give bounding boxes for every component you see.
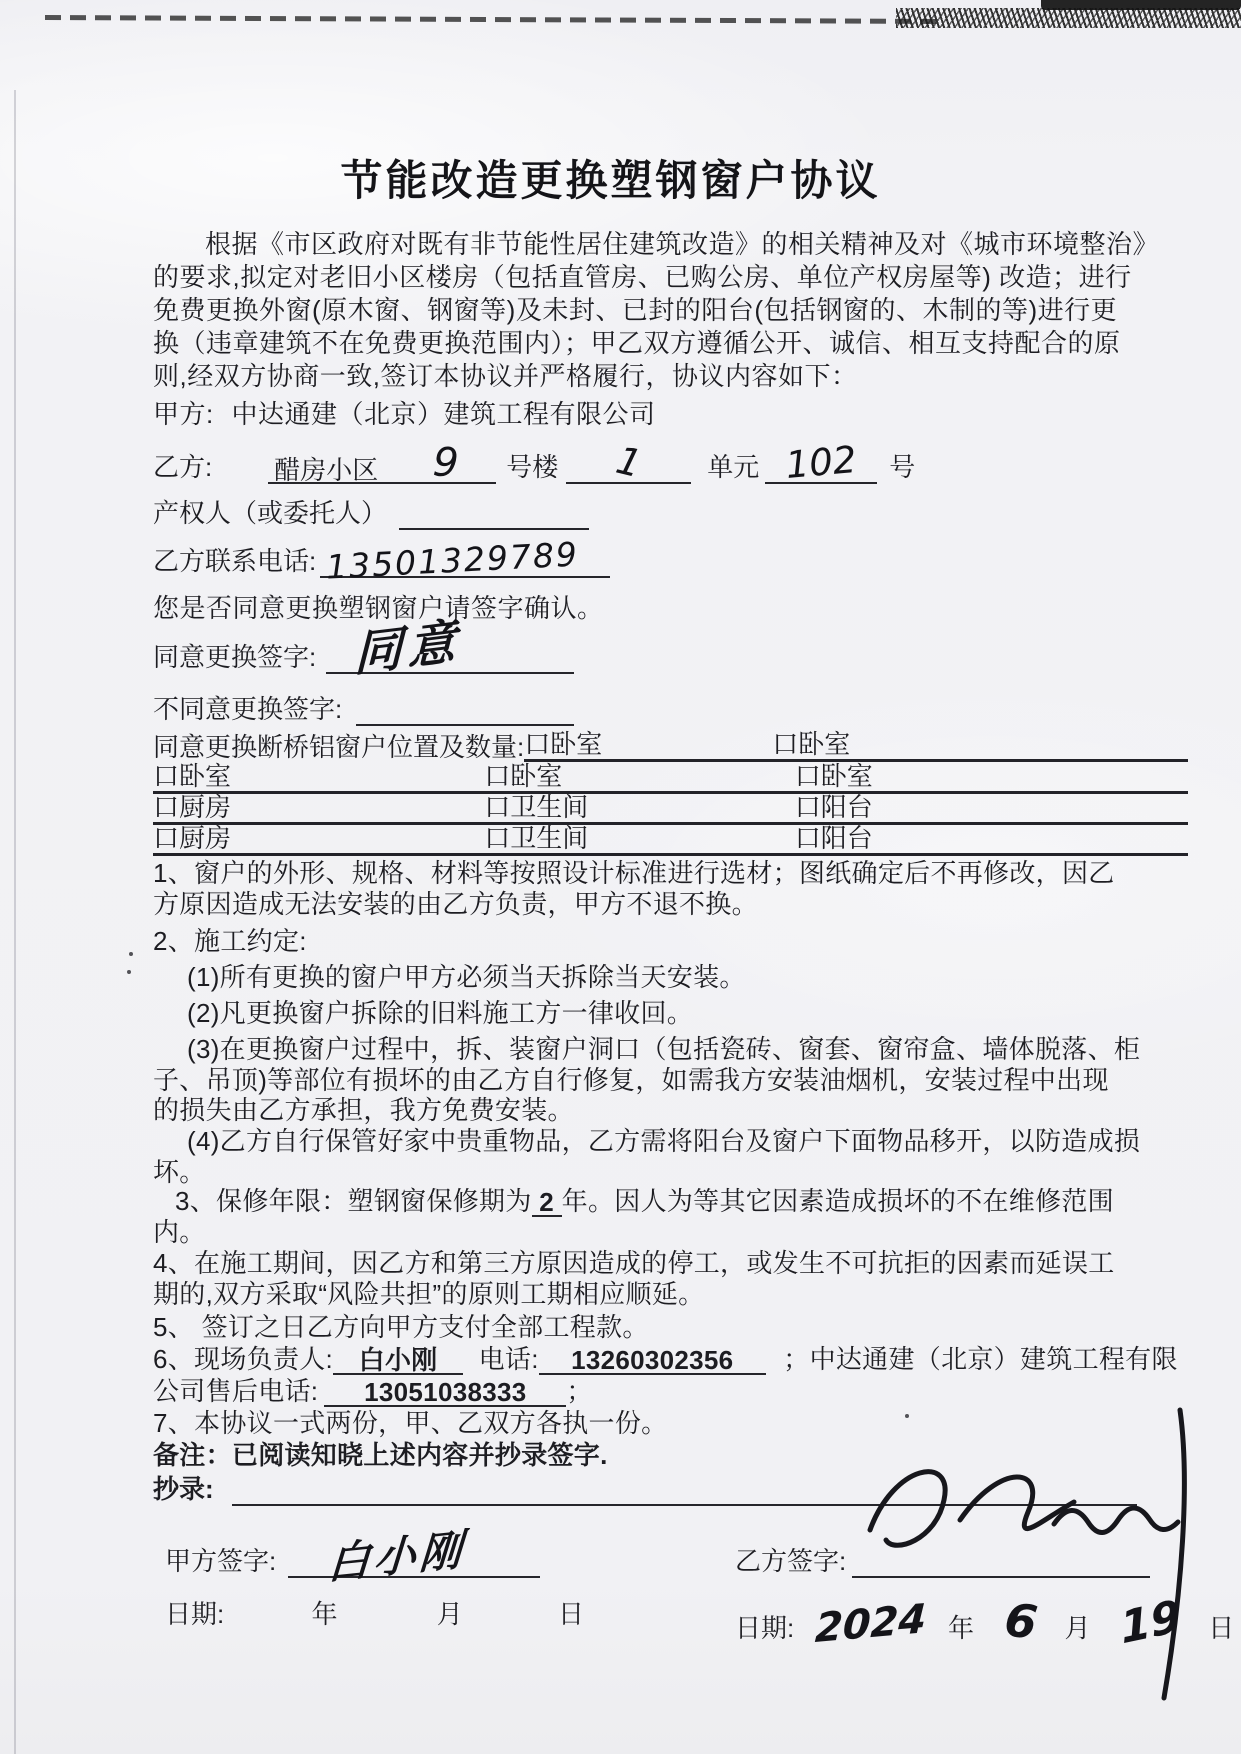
party-b-community-field: 醋房小区 9 [268,450,496,484]
site-manager-name-field: 白小刚 [333,1345,463,1375]
clause-1: 1、窗户的外形、规格、材料等按照设计标准进行选材；图纸确定后不再修改，因乙 方原… [153,858,1188,919]
checkbox-bedroom: 口卧室 [772,730,850,759]
agree-sign-field: 同意 [326,640,574,674]
party-b-sign-label: 乙方签字: [735,1541,846,1578]
warranty-years-field: 2 [532,1187,562,1217]
clause-2-sub-4: (4)乙方自行保管好家中贵重物品，乙方需将阳台及窗户下面物品移开，以防造成损 坏… [153,1126,1188,1187]
intro-line: 根据《市区政府对既有非节能性居住建筑改造》的相关精神及对《城市环境整治》 [153,228,1188,261]
rooms-row-4: 口厨房 口卫生间 口阳台 [153,823,1188,856]
rooms-row-3: 口厨房 口卫生间 口阳台 [153,792,1188,825]
checkbox-bedroom: 口卧室 [484,762,795,791]
party-a-signature-handwriting: 白小刚 [326,1516,468,1591]
party-b-community: 醋房小区 [268,455,378,485]
clause-6-line-1: 6、现场负责人:白小刚 电话:13260302356 ；中达通建（北京）建筑工程… [153,1344,1188,1375]
checkbox-balcony: 口阳台 [795,824,1188,853]
rooms-row-1: 同意更换断桥铝窗户位置及数量: 口卧室 口卧室 [153,729,1188,762]
clause-1-line: 方原因造成无法安装的由乙方负责，甲方不退不换。 [153,889,1188,920]
clause-2-sub-4-line: (4)乙方自行保管好家中贵重物品，乙方需将阳台及窗户下面物品移开，以防造成损 [153,1126,1188,1157]
year-suffix: 年 [311,1594,337,1631]
scan-artifact-corner-blotch [1041,0,1241,10]
party-a-signature-field: 白小刚 [288,1544,540,1578]
disagree-sign-line: 不同意更换签字: [153,688,1188,726]
party-a-value: 中达通建（北京）建筑工程有限公司 [231,399,655,429]
intro-line: 免费更换外窗(原木窗、钢窗等)及未封、已封的阳台(包括钢窗的、木制的等)进行更 [153,294,1188,327]
rooms-row-1-fields: 口卧室 口卧室 [524,729,1188,762]
party-a-label: 甲方: [153,399,214,429]
month-suffix: 月 [437,1594,463,1631]
clause-6-tel-label: 电话: [479,1344,539,1374]
clause-3-suffix: 年。因人为等其它因素造成损坏的不在维修范围 [562,1186,1114,1216]
intro-line: 换（违章建筑不在免费更换范围内）；甲乙双方遵循公开、诚信、相互支持配合的原 [153,327,1188,360]
owner-label: 产权人（或委托人） [153,493,387,530]
clause-2-sub-2: (2)凡更换窗户拆除的旧料施工方一律收回。 [153,998,1222,1029]
day-suffix: 日 [1208,1608,1234,1645]
phone-handwriting: 13501329789 [325,534,580,586]
party-b-date-month-handwriting: 6 [1002,1592,1041,1650]
scan-artifact-top-right-noise [896,8,1241,28]
checkbox-kitchen: 口厨房 [153,793,484,822]
site-manager-phone-field: 13260302356 [539,1345,766,1375]
clause-4-line: 4、在施工期间，因乙方和第三方原因造成的停工，或发生不可抗拒的因素而延误工 [153,1248,1188,1279]
year-suffix: 年 [948,1608,974,1645]
scan-artifact-paper-edge [14,90,16,1754]
party-b-building-no-handwriting: 9 [431,439,460,487]
checkbox-bathroom: 口卫生间 [484,793,795,822]
intro-line: 的要求,拟定对老旧小区楼房（包括直管房、已购公房、单位产权房屋等) 改造；进行 [153,261,1188,294]
clause-6-line-2-suffix: ； [566,1376,592,1406]
party-a-sign-label: 甲方签字: [165,1541,276,1578]
clause-2-heading: 2、施工约定: [153,926,1188,957]
document-title: 节能改造更换塑钢窗户协议 [93,148,1128,208]
rooms-row-label: 同意更换断桥铝窗户位置及数量: [153,733,524,762]
clause-2-sub-3: (3)在更换窗户过程中，拆、装窗户洞口（包括瓷砖、窗套、窗帘盒、墙体脱落、柜 子… [153,1034,1188,1126]
party-b-date-day-handwriting: 19 [1118,1591,1183,1655]
aftersales-label: 公司售后电话: [153,1376,318,1406]
party-b-unit-suffix: 单元 [707,447,759,484]
checkbox-bedroom: 口卧室 [153,762,484,791]
party-a-signature-line: 甲方签字: 白小刚 [165,1534,540,1578]
party-b-room-field: 102 [765,450,877,484]
scan-artifact-top-dashed-line [45,15,941,24]
month-suffix: 月 [1065,1608,1091,1645]
phone-line: 乙方联系电话: 13501329789 [153,538,1188,578]
checkbox-bedroom: 口卧室 [524,730,602,759]
copy-label: 抄录: [153,1469,214,1506]
rooms-row-2: 口卧室 口卧室 口卧室 [153,761,1188,794]
clause-2-sub-3-line: 子、吊顶)等部位有损坏的由乙方自行修复，如需我方安装油烟机，安装过程中出现 [153,1065,1188,1096]
disagree-sign-label: 不同意更换签字: [153,689,342,726]
agree-signature-handwriting: 同意 [354,602,462,685]
scanned-agreement-document: 节能改造更换塑钢窗户协议 根据《市区政府对既有非节能性居住建筑改造》的相关精神及… [0,0,1241,1754]
party-a-line: 甲方: 中达通建（北京）建筑工程有限公司 [153,398,1188,431]
phone-label: 乙方联系电话: [153,541,316,578]
scan-speck [127,970,131,974]
clause-6-suffix: ；中达通建（北京）建筑工程有限 [783,1344,1178,1374]
party-b-date-year-handwriting: 2024 [814,1596,927,1652]
phone-field: 13501329789 [320,544,610,578]
party-b-line: 乙方: 醋房小区 9 号楼 1 单元 102 号 [153,438,1188,484]
clause-2-sub-4-line: 坏。 [153,1157,1188,1188]
scan-speck [129,952,133,956]
clause-4-line: 期的,双方采取“风险共担”的原则工期相应顺延。 [153,1279,1188,1310]
checkbox-kitchen: 口厨房 [153,824,484,853]
aftersales-phone-field: 13051038333 [324,1377,566,1407]
agree-sign-line: 同意更换签字: 同意 [153,632,1188,674]
clause-5: 5、 签订之日乙方向甲方支付全部工程款。 [153,1312,1188,1343]
checkbox-balcony: 口阳台 [795,793,1188,822]
party-b-unit-field: 1 [566,450,691,484]
clause-3: 3、保修年限：塑钢窗保修期为2年。因人为等其它因素造成损坏的不在维修范围 内。 [153,1186,1188,1247]
checkbox-bedroom: 口卧室 [795,762,1188,791]
party-b-signature-scribble [842,1402,1241,1702]
clause-4: 4、在施工期间，因乙方和第三方原因造成的停工，或发生不可抗拒的因素而延误工 期的… [153,1248,1188,1309]
confirm-note: 您是否同意更换塑钢窗户请签字确认。 [153,592,1188,625]
checkbox-bathroom: 口卫生间 [484,824,795,853]
day-suffix: 日 [558,1594,584,1631]
intro-line: 则,经双方协商一致,签订本协议并严格履行，协议内容如下： [153,360,1188,393]
party-b-room-no-handwriting: 102 [784,438,858,487]
intro-paragraph: 根据《市区政府对既有非节能性居住建筑改造》的相关精神及对《城市环境整治》 的要求… [153,228,1188,393]
clause-6-prefix: 6、现场负责人: [153,1344,333,1374]
disagree-sign-field-blank [356,692,574,726]
party-b-room-suffix: 号 [889,447,915,484]
agree-sign-label: 同意更换签字: [153,637,316,674]
clause-2-sub-3-line: 的损失由乙方承担，我方免费安装。 [153,1095,1188,1126]
clause-1-line: 1、窗户的外形、规格、材料等按照设计标准进行选材；图纸确定后不再修改，因乙 [153,858,1188,889]
party-a-date-line: 日期: 年 月 日 [165,1594,584,1631]
date-label: 日期: [165,1594,224,1631]
clause-3-prefix: 3、保修年限：塑钢窗保修期为 [175,1186,532,1216]
party-b-building-suffix: 号楼 [506,447,558,484]
owner-field-blank [399,496,589,530]
clause-2-sub-1: (1)所有更换的窗户甲方必须当天拆除当天安装。 [153,962,1222,993]
party-b-date-line: 日期: 2024 年 6 月 19 日 [735,1594,1234,1648]
party-b-unit-no-handwriting: 1 [612,438,646,487]
party-b-label: 乙方: [153,447,212,484]
owner-line: 产权人（或委托人） [153,492,1188,530]
clause-3-line-2: 内。 [153,1217,1188,1248]
clause-2-sub-3-line: (3)在更换窗户过程中，拆、装窗户洞口（包括瓷砖、窗套、窗帘盒、墙体脱落、柜 [153,1034,1188,1065]
date-label: 日期: [735,1608,794,1645]
